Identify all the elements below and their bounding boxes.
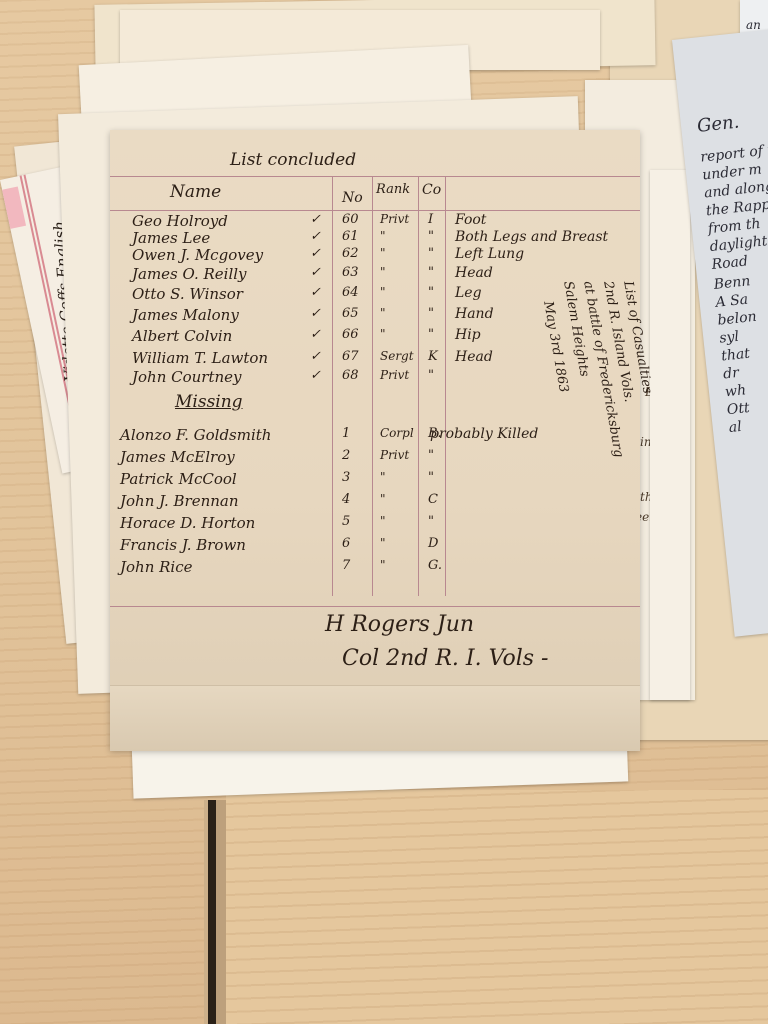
letter-line: wh <box>724 382 747 400</box>
soldier-name: James Lee <box>132 229 210 247</box>
check-mark: ✓ <box>310 265 321 280</box>
wound-remark: Head <box>455 349 493 365</box>
desk-surface <box>226 790 768 1024</box>
wound-remark: Hip <box>455 327 481 343</box>
missing-row: James McElroy 2 Privt " <box>110 448 640 468</box>
soldier-name: Albert Colvin <box>132 327 232 345</box>
letter-line: belon <box>717 309 758 329</box>
soldier-rank: " <box>380 285 386 299</box>
check-mark: ✓ <box>310 327 321 342</box>
soldier-number: 67 <box>342 349 359 364</box>
soldier-name: Patrick McCool <box>120 470 237 488</box>
soldier-rank: " <box>380 327 386 341</box>
check-mark: ✓ <box>310 212 321 227</box>
soldier-number: 61 <box>342 229 359 244</box>
wound-remark: Leg <box>455 285 482 301</box>
soldier-company: C <box>428 492 438 507</box>
soldier-company: " <box>428 265 434 280</box>
soldier-company: " <box>428 470 434 485</box>
soldier-rank: " <box>380 265 386 279</box>
missing-row: Patrick McCool 3 " " <box>110 470 640 490</box>
missing-row: John Rice 7 " G. <box>110 558 640 578</box>
letter-line: Benn <box>713 273 751 293</box>
soldier-name: John Courtney <box>132 368 242 386</box>
docket-note: List of Casualties 2nd R. Island Vols. a… <box>515 280 655 440</box>
soldier-company: " <box>428 285 434 300</box>
soldier-number: 4 <box>342 492 350 507</box>
soldier-company: " <box>428 368 434 383</box>
column-header-name: Name <box>170 182 221 202</box>
soldier-rank: Privt <box>380 448 409 462</box>
casualty-list-document: List concluded Name No Rank Co Geo Holro… <box>110 130 640 750</box>
wound-remark: Hand <box>455 306 494 322</box>
soldier-name: James Malony <box>132 306 239 324</box>
soldier-company: " <box>428 327 434 342</box>
soldier-rank: Corpl <box>380 426 414 440</box>
letter-line: Road <box>711 253 749 273</box>
soldier-number: 64 <box>342 285 359 300</box>
soldier-company: K <box>428 349 438 364</box>
check-mark: ✓ <box>310 229 321 244</box>
soldier-rank: " <box>380 470 386 484</box>
soldier-number: 7 <box>342 558 350 573</box>
letter-line: A Sa <box>715 292 749 311</box>
soldier-name: Otto S. Winsor <box>132 285 243 303</box>
soldier-name: Alonzo F. Goldsmith <box>120 426 271 444</box>
soldier-name: William T. Lawton <box>132 349 268 367</box>
soldier-number: 5 <box>342 514 350 529</box>
footer-rule <box>110 606 640 607</box>
soldier-name: Owen J. Mcgovey <box>132 246 263 264</box>
soldier-company: D <box>428 536 438 551</box>
column-header-co: Co <box>422 182 441 198</box>
soldier-name: James McElroy <box>120 448 235 466</box>
soldier-company: " <box>428 514 434 529</box>
letter-line: Gen. <box>696 111 740 136</box>
letter-line: Ott <box>726 400 750 418</box>
wound-remark: Head <box>455 265 493 281</box>
soldier-rank: " <box>380 558 386 572</box>
soldier-rank: " <box>380 246 386 260</box>
letter-line: syl <box>719 329 740 347</box>
check-mark: ✓ <box>310 246 321 261</box>
soldier-company: " <box>428 229 434 244</box>
soldier-rank: Sergt <box>380 349 414 363</box>
soldier-number: 2 <box>342 448 350 463</box>
soldier-rank: Privt <box>380 212 409 226</box>
wound-remark: Left Lung <box>455 246 524 262</box>
soldier-number: 68 <box>342 368 359 383</box>
soldier-company: I <box>428 212 433 227</box>
missing-row: John J. Brennan 4 " C <box>110 492 640 512</box>
letter-line: al <box>728 419 742 436</box>
check-mark: ✓ <box>310 306 321 321</box>
soldier-rank: Privt <box>380 368 409 382</box>
soldier-rank: " <box>380 229 386 243</box>
soldier-number: 60 <box>342 212 359 227</box>
letter-line: dr <box>722 365 739 383</box>
signature-title: Col 2nd R. I. Vols - <box>342 646 548 671</box>
soldier-number: 6 <box>342 536 350 551</box>
soldier-number: 65 <box>342 306 359 321</box>
soldier-rank: " <box>380 492 386 506</box>
casualty-row: Owen J. Mcgovey ✓ 62 " " Left Lung <box>110 246 640 266</box>
wound-remark: Foot <box>455 212 486 228</box>
letter-line: daylight <box>709 233 768 255</box>
soldier-number: 3 <box>342 470 350 485</box>
desk-gap <box>204 800 226 1024</box>
soldier-number: 63 <box>342 265 359 280</box>
soldier-company: " <box>428 306 434 321</box>
soldier-name: Francis J. Brown <box>120 536 246 554</box>
document-title: List concluded <box>230 150 356 170</box>
soldier-rank: " <box>380 306 386 320</box>
soldier-rank: " <box>380 514 386 528</box>
soldier-name: John Rice <box>120 558 193 576</box>
check-mark: ✓ <box>310 368 321 383</box>
check-mark: ✓ <box>310 349 321 364</box>
soldier-name: Geo Holroyd <box>132 212 228 230</box>
soldier-number: 62 <box>342 246 359 261</box>
letter-line: that <box>721 346 751 365</box>
soldier-name: Horace D. Horton <box>120 514 255 532</box>
column-header-rank: Rank <box>376 182 410 197</box>
header-rule <box>110 210 640 211</box>
wound-remark: Both Legs and Breast <box>455 229 608 245</box>
missing-row: Horace D. Horton 5 " " <box>110 514 640 534</box>
soldier-name: John J. Brennan <box>120 492 239 510</box>
soldier-rank: " <box>380 536 386 550</box>
signature-name: H Rogers Jun <box>325 612 474 637</box>
paper-fold <box>110 685 640 751</box>
soldier-number: 1 <box>342 426 350 441</box>
header-rule <box>110 176 640 177</box>
missing-row: Francis J. Brown 6 " D <box>110 536 640 556</box>
missing-heading: Missing <box>175 392 243 412</box>
check-mark: ✓ <box>310 285 321 300</box>
soldier-name: James O. Reilly <box>132 265 247 283</box>
soldier-number: 66 <box>342 327 359 342</box>
soldier-company: G. <box>428 558 442 573</box>
right-strip-sheet <box>650 170 690 700</box>
column-header-no: No <box>342 190 363 206</box>
soldier-company: " <box>428 448 434 463</box>
soldier-company: " <box>428 246 434 261</box>
